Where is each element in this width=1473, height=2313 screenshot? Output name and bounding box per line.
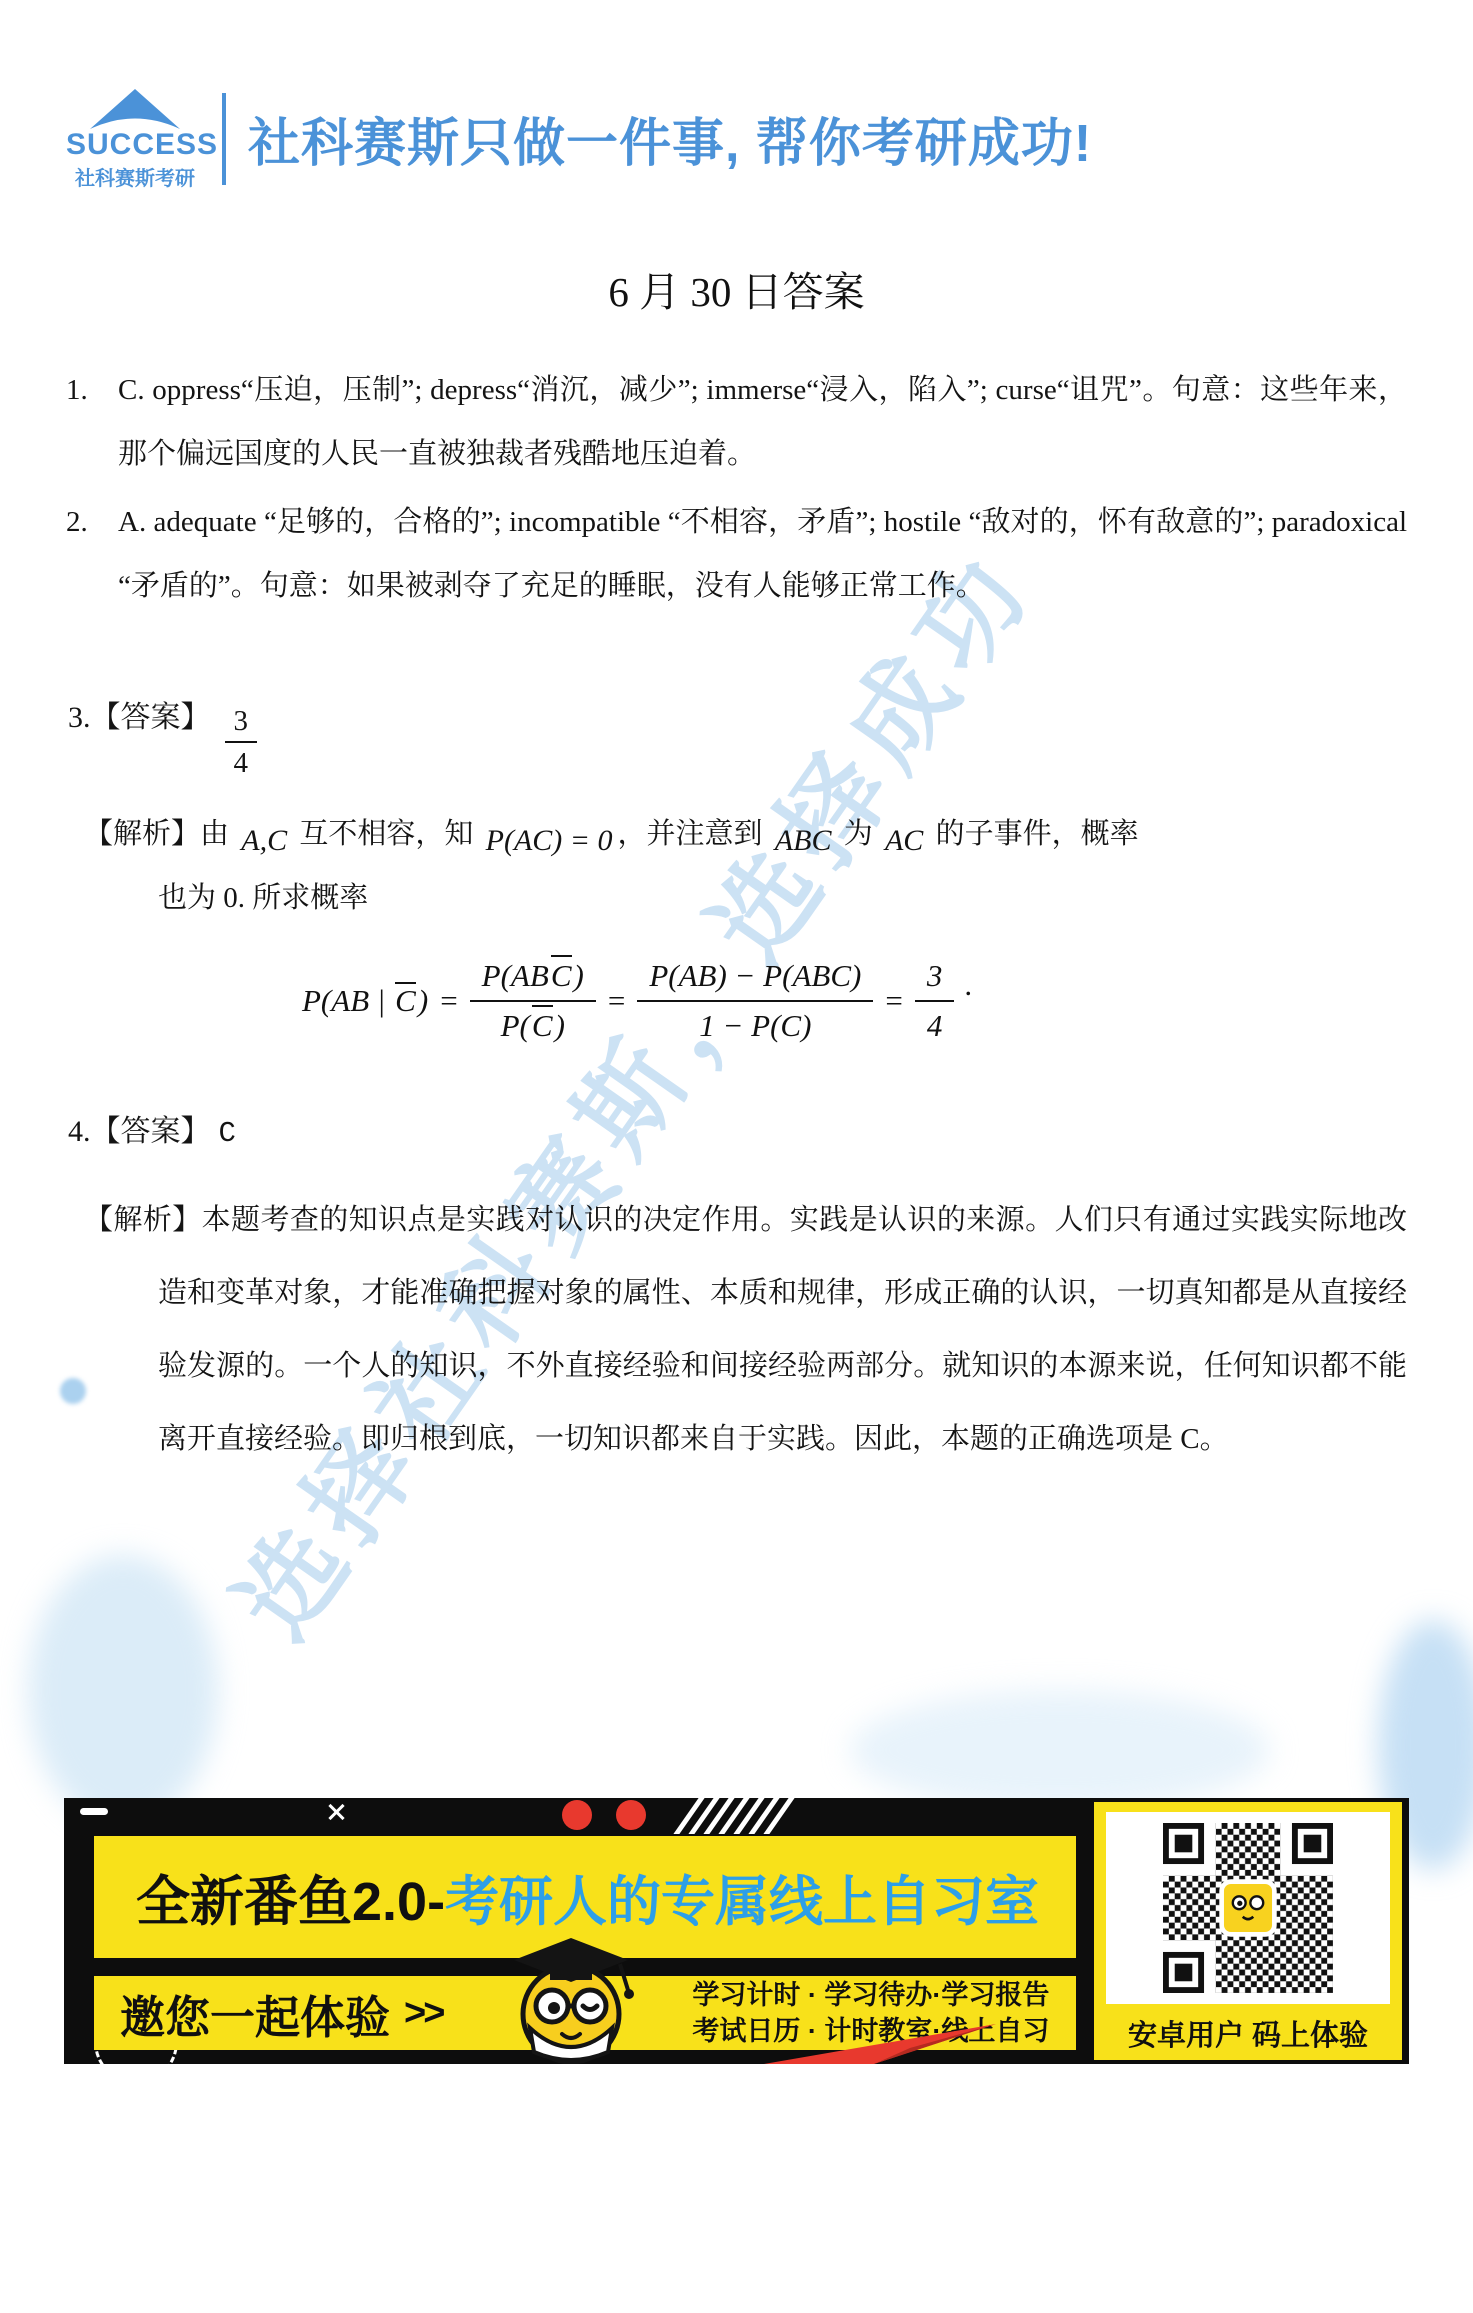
feature-line-1: 学习计时 · 学习待办·学习报告: [692, 1980, 1049, 2010]
question-4-analysis: 【解析】本题考查的知识点是实践对认识的决定作用。实践是认识的来源。人们只有通过实…: [84, 1184, 1407, 1476]
fraction-denominator: 4: [234, 743, 249, 778]
question-3-answer-row: 3.【答案】34: [68, 684, 1407, 756]
banner-headline-blue: 考研人的专属线上自习室: [445, 1859, 1039, 1936]
fraction-3: 3 4: [915, 956, 955, 1046]
double-chevron-icon: >>: [404, 1992, 442, 2035]
math-var: ABC: [770, 824, 837, 857]
analysis-line-2: 也为 0. 所求概率: [158, 882, 368, 914]
math-var: AC: [880, 824, 928, 857]
success-logo: SUCCESS 社科赛斯考研: [66, 86, 204, 191]
watercolor-blob-left: [28, 1555, 218, 1825]
question-3-analysis: 【解析】由 A,C 互不相容，知 P(AC) = 0，并注意到 ABC 为 AC…: [84, 802, 1407, 930]
qr-caption: 安卓用户 码上体验: [1106, 2013, 1390, 2054]
question-4-answer-row: 4.【答案】C: [68, 1112, 1407, 1154]
window-dash-decoration: [80, 1808, 108, 1815]
analysis-segment: 为: [836, 818, 880, 850]
fish-mascot-icon: [492, 1936, 650, 2064]
probability-formula: P(AB | C) = P(ABC) P(C) = P(AB) − P(ABC)…: [302, 956, 1407, 1046]
qr-code: [1163, 1823, 1333, 1993]
question-3-answer-fraction: 34: [225, 706, 258, 778]
qr-code-frame: [1106, 1812, 1390, 2004]
qr-center-logo: [1222, 1882, 1275, 1935]
brand-subtitle: 社科赛斯考研: [66, 162, 204, 191]
question-2-text: A. adequate “足够的，合格的”; incompatible “不相容…: [118, 490, 1407, 618]
fraction-1: P(ABC) P(C): [470, 956, 596, 1046]
qr-panel: 安卓用户 码上体验: [1094, 1802, 1402, 2060]
brand-name: SUCCESS: [66, 130, 204, 160]
math-var: A,C: [236, 824, 292, 857]
question-2-row: 2. A. adequate “足够的，合格的”; incompatible “…: [66, 490, 1407, 618]
analysis-segment: 互不相容，知: [292, 818, 481, 850]
watercolor-blob-bottom: [850, 1690, 1270, 1810]
analysis-segment: 的子事件，概率: [928, 818, 1138, 850]
fraction-numerator: 3: [225, 706, 258, 743]
content: 1. C. oppress“压迫，压制”; depress“消沉，减少”; im…: [0, 358, 1473, 1476]
question-4-number: 4.: [68, 1115, 91, 1148]
header-slogan: 社科赛斯只做一件事, 帮你考研成功!: [248, 101, 1092, 176]
ad-banner: 全新番鱼2.0-考研人的专属线上自习室 邀您一起体验 >> 学习计时 · 学习待…: [64, 1798, 1409, 2064]
formula-lhs: P(AB | C): [302, 983, 428, 1019]
equals-sign: =: [440, 983, 457, 1019]
analysis-text: 本题考查的知识点是实践对认识的决定作用。实践是认识的来源。人们只有通过实践实际地…: [158, 1204, 1407, 1455]
math-var: P(AC) = 0: [481, 824, 618, 857]
roof-icon: [87, 86, 183, 130]
header: SUCCESS 社科赛斯考研 社科赛斯只做一件事, 帮你考研成功!: [0, 0, 1473, 191]
question-3-number: 3.: [68, 701, 91, 734]
question-1-text: C. oppress“压迫，压制”; depress“消沉，减少”; immer…: [118, 358, 1407, 486]
equals-sign: =: [608, 983, 625, 1019]
page-title: 6 月 30 日答案: [0, 259, 1473, 318]
question-1-row: 1. C. oppress“压迫，压制”; depress“消沉，减少”; im…: [66, 358, 1407, 486]
fraction-2: P(AB) − P(ABC) 1 − P(C): [637, 956, 873, 1046]
analysis-segment: ，并注意到: [618, 818, 770, 850]
cross-decoration: [326, 1802, 346, 1822]
question-1-number: 1.: [66, 358, 118, 486]
banner-headline-black: 全新番鱼2.0-: [136, 1859, 445, 1936]
red-dot-decoration: [616, 1800, 646, 1830]
question-4-answer-label: 【答案】: [91, 1115, 211, 1148]
red-dot-decoration: [562, 1800, 592, 1830]
answer-sheet-page: 选择社科赛斯，选择成功 SUCCESS 社科赛斯考研 社科赛斯只做一件事, 帮你…: [0, 0, 1473, 2313]
equals-sign: =: [885, 983, 902, 1019]
question-3-answer-label: 【答案】: [91, 701, 211, 734]
analysis-segment: 由: [200, 818, 236, 850]
paper-plane-icon: [764, 2022, 1004, 2064]
slash-decoration: [686, 1798, 782, 1834]
analysis-label: 【解析】: [84, 818, 200, 850]
question-2-number: 2.: [66, 490, 118, 618]
header-divider: [222, 93, 226, 185]
question-4-answer-value: C: [219, 1117, 236, 1150]
analysis-label: 【解析】: [84, 1204, 202, 1236]
banner-invite-text: 邀您一起体验: [120, 1981, 390, 2046]
formula-period: .: [964, 967, 972, 1003]
